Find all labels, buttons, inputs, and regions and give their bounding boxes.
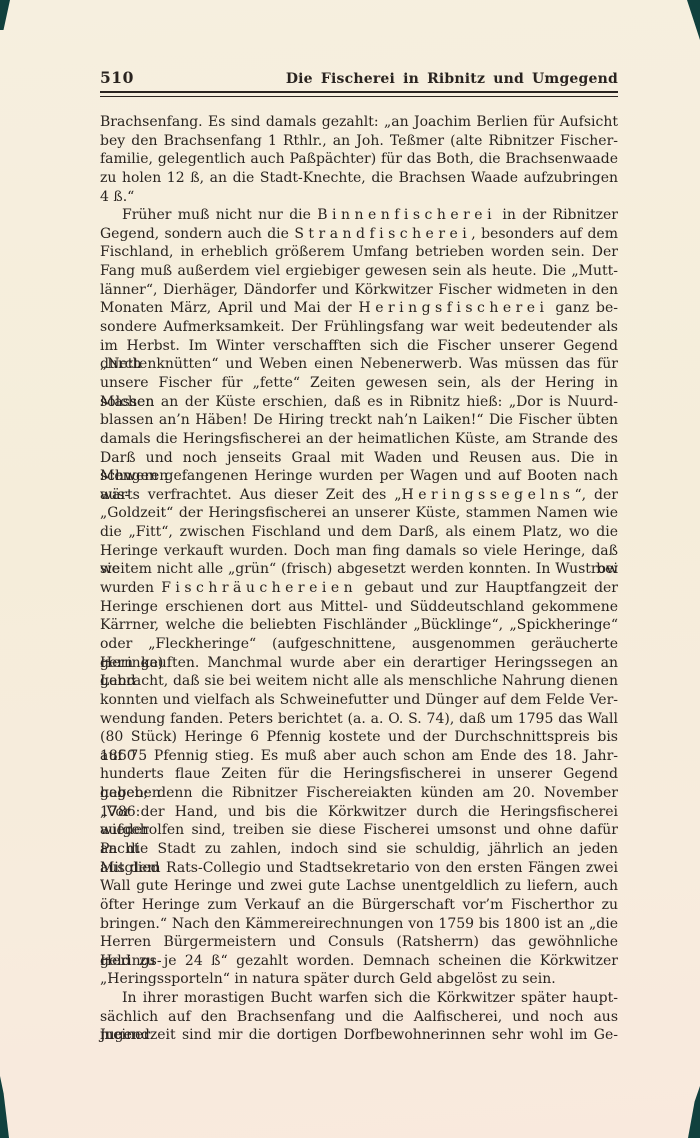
- text-line: bey den Brachsenfang 1 Rthlr., an Joh. T…: [100, 132, 618, 151]
- scan-edge-bottom-left: [0, 1076, 9, 1138]
- text-line: hunderts flaue Zeiten für die Heringsfis…: [100, 765, 618, 784]
- text-line: auf 75 Pfennig stieg. Es muß aber auch s…: [100, 747, 618, 766]
- scan-edge-top-left: [0, 0, 10, 30]
- text-line: zu holen 12 ß, an die Stadt-Knechte, die…: [100, 169, 618, 188]
- letterspaced-word: Binnenfischerei: [317, 207, 496, 223]
- text-line: Heringe verkauft wurden. Doch man fing d…: [100, 542, 618, 561]
- text-line: konnten und vielfach als Schweinefutter …: [100, 691, 618, 710]
- letterspaced-word: Heringssegelns: [402, 487, 575, 503]
- running-title: Die Fischerei in Ribnitz und Umgegend: [286, 71, 618, 87]
- page-number: 510: [100, 68, 134, 87]
- text-line: die „Fitt“, zwischen Fischland und dem D…: [100, 523, 618, 542]
- text-line: 4 ß.“: [100, 188, 618, 207]
- text-line: gern kauften. Manchmal wurde aber ein de…: [100, 654, 618, 673]
- text-line: (80 Stück) Heringe 6 Pfennig kostete und…: [100, 728, 618, 747]
- text-line: länner“, Dierhäger, Dändorfer und Körkwi…: [100, 281, 618, 300]
- page-header: 510 Die Fischerei in Ribnitz und Umgegen…: [100, 68, 618, 97]
- text-line: „Vor der Hand, und bis die Körkwitzer du…: [100, 803, 618, 822]
- paragraph: Brachsenfang. Es sind damals gezahlt: „a…: [100, 113, 618, 206]
- text-line: an die Stadt zu zahlen, indoch sind sie …: [100, 840, 618, 859]
- text-line: blassen an’n Häben! De Hiring treckt nah…: [100, 411, 618, 430]
- text-line: „Goldzeit“ der Heringsfischerei an unser…: [100, 504, 618, 523]
- text-line: Wall gute Heringe und zwei gute Lachse u…: [100, 877, 618, 896]
- text-line: wurden Fischräuchereien gebaut und zur H…: [100, 579, 618, 598]
- letterspaced-word: Fischräuchereien: [161, 580, 357, 596]
- text-line: bringen.“ Nach den Kämmereirechnungen vo…: [100, 915, 618, 934]
- text-line: wärts verfrachtet. Aus dieser Zeit des „…: [100, 486, 618, 505]
- text-line: wendung fanden. Peters berichtet (a. a. …: [100, 710, 618, 729]
- text-line: Fischland, in erheblich größerem Umfang …: [100, 243, 618, 262]
- scan-edge-bottom-right: [688, 1086, 700, 1138]
- text-line: öfter Heringe zum Verkauf an die Bürgers…: [100, 896, 618, 915]
- header-rule: [100, 91, 618, 97]
- text-line: gebracht, daß sie bei weitem nicht alle …: [100, 672, 618, 691]
- text-line: Jugendzeit sind mir die dortigen Dorfbew…: [100, 1026, 618, 1045]
- text-line: Kärrner, welche die beliebten Fischlände…: [100, 616, 618, 635]
- text-line: unsere Fischer für „fette“ Zeiten gewese…: [100, 374, 618, 393]
- text-line: damals die Heringsfischerei an der heima…: [100, 430, 618, 449]
- text-line: Früher muß nicht nur die Binnenfischerei…: [100, 206, 618, 225]
- text-line: „Heringssporteln“ in natura später durch…: [100, 970, 618, 989]
- text-line: In ihrer morastigen Bucht warfen sich di…: [100, 989, 618, 1008]
- text-line: Darß und noch jenseits Graal mit Waden u…: [100, 449, 618, 468]
- paragraph: Früher muß nicht nur die Binnenfischerei…: [100, 206, 618, 989]
- text-line: Heringe erschienen dort aus Mittel- und …: [100, 598, 618, 617]
- text-line: „Nettenknütten“ und Weben einen Nebenerw…: [100, 355, 618, 374]
- scan-edge-top-right: [687, 0, 700, 40]
- text-line: Gegend, sondern auch die Strandfischerei…: [100, 225, 618, 244]
- text-line: Brachsenfang. Es sind damals gezahlt: „a…: [100, 113, 618, 132]
- text-line: haben; denn die Ribnitzer Fischereiakten…: [100, 784, 618, 803]
- text-line: Fang muß außerdem viel ergiebiger gewese…: [100, 262, 618, 281]
- text-block: Brachsenfang. Es sind damals gezahlt: „a…: [100, 113, 618, 1045]
- text-line: familie, gelegentlich auch Paßpächter) f…: [100, 150, 618, 169]
- text-line: geld zu je 24 ß“ gezahlt worden. Demnach…: [100, 952, 618, 971]
- text-line: Monaten März, April und Mai der Heringsf…: [100, 299, 618, 318]
- text-line: im Herbst. Im Winter verschafften sich d…: [100, 337, 618, 356]
- text-line: Massen an der Küste erschien, daß es in …: [100, 393, 618, 412]
- letterspaced-word: Heringsfischerei: [359, 300, 549, 316]
- text-line: aus dem Rats-Collegio und Stadtsekretari…: [100, 859, 618, 878]
- text-line: sondere Aufmerksamkeit. Der Frühlingsfan…: [100, 318, 618, 337]
- text-line: Herren Bürgermeistern und Consuls (Ratsh…: [100, 933, 618, 952]
- letterspaced-word: Strandfischerei: [294, 226, 471, 242]
- text-line: Mengen gefangenen Heringe wurden per Wag…: [100, 467, 618, 486]
- text-line: weitem nicht alle „grün“ (frisch) abgese…: [100, 560, 618, 579]
- text-line: oder „Fleckheringe“ (aufgeschnittene, au…: [100, 635, 618, 654]
- paragraph: In ihrer morastigen Bucht warfen sich di…: [100, 989, 618, 1045]
- text-line: sächlich auf den Brachsenfang und die Aa…: [100, 1008, 618, 1027]
- text-line: aufgeholfen sind, treiben sie diese Fisc…: [100, 821, 618, 840]
